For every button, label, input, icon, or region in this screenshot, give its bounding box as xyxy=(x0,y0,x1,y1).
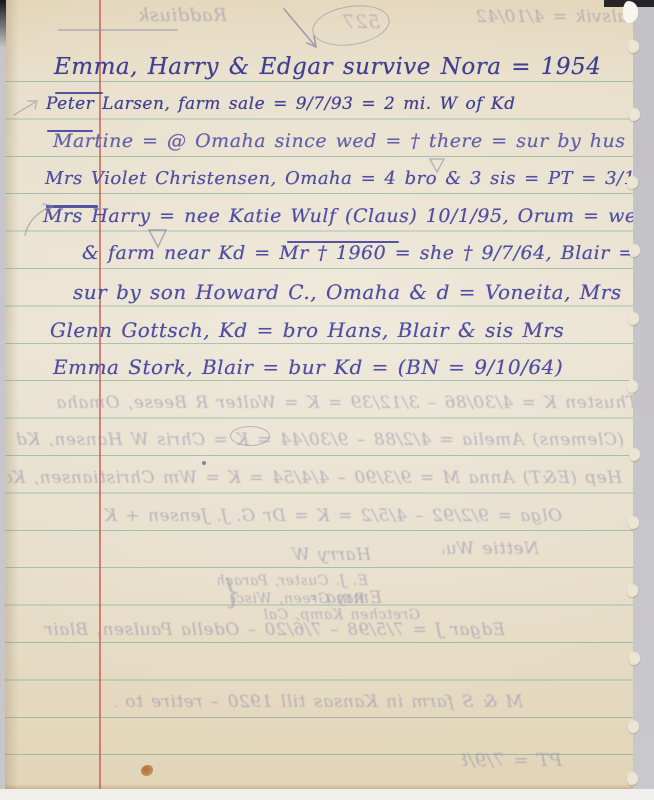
bleed-through-line: Ray Green, Wisconsin xyxy=(233,591,365,607)
scan-edge-shadow xyxy=(0,0,6,48)
torn-edge-nub xyxy=(629,448,640,461)
ink-underline xyxy=(47,130,93,132)
bleed-through-underline xyxy=(58,29,178,31)
bleed-through-line: Edgar J = 7/5/98 – 7/6/20 – Odella Pauls… xyxy=(25,620,505,640)
bleed-through-line: M & S farm in Kansas till 1920 – retire … xyxy=(115,692,523,712)
handwritten-line: sur by son Howard C., Omaha & d = Voneit… xyxy=(73,280,622,304)
ink-underline xyxy=(287,241,399,243)
torn-edge-nub xyxy=(628,40,639,53)
torn-edge-nub xyxy=(627,176,638,189)
ink-underline xyxy=(46,205,98,208)
ink-underline xyxy=(55,92,103,94)
handwritten-line: & farm near Kd = Mr † 1960 = she † 9/7/6… xyxy=(82,242,635,264)
torn-edge-nub xyxy=(629,652,640,665)
bleed-through-text: Raddiusk xyxy=(52,5,227,26)
ink-speck xyxy=(202,461,206,465)
torn-edge-nub xyxy=(629,108,640,121)
handwritten-line: Mrs Harry = nee Katie Wulf (Claus) 10/1/… xyxy=(43,205,649,227)
bleed-through-line: Harry W = xyxy=(283,545,371,565)
torn-edge-nub xyxy=(627,584,638,597)
bleed-through-line: (Clemens) Amelia = 4/2/88 – 9/30/44 = K … xyxy=(12,430,624,450)
bleed-through-line: PT = 7/9/83 xyxy=(462,750,562,771)
bleed-through-circled-number: 527 xyxy=(322,11,380,33)
bleed-through-line: Olga = 9/2/92 – 4/5/2 = K = Dr G. J. Jen… xyxy=(60,506,562,526)
scanner-background xyxy=(0,789,654,800)
handwritten-line: Emma, Harry & Edgar survive Nora = 1954 xyxy=(54,54,601,80)
scanned-notebook-page: { "ink": { "blue_ink_color": "#3c3c98", … xyxy=(0,0,654,800)
torn-edge-nub xyxy=(628,516,639,529)
handwritten-line: Glenn Gottsch, Kd = bro Hans, Blair & si… xyxy=(50,318,564,342)
handwritten-line: Peter Larsen, farm sale = 9/7/93 = 2 mi.… xyxy=(46,94,515,114)
handwritten-line: Mrs Violet Christensen, Omaha = 4 bro & … xyxy=(45,168,654,189)
bleed-through-line: Thusten K = 4/30/86 – 3/12/39 = K = Walt… xyxy=(20,393,638,413)
bleed-through-line: E. J. Custer, Parachute xyxy=(218,573,368,589)
torn-edge-nub xyxy=(628,720,639,733)
bleed-through-line: Nettie Wulf xyxy=(443,539,539,559)
torn-edge-nub xyxy=(627,380,638,393)
torn-edge-nub xyxy=(629,244,640,257)
bleed-through-text: Talsvik = 4/10/42 xyxy=(400,7,638,27)
handwritten-line: Martine = @ Omaha since wed = † there = … xyxy=(53,130,654,152)
handwritten-line: Emma Stork, Blair = bur Kd = (BN = 9/10/… xyxy=(53,355,563,379)
torn-edge-nub xyxy=(628,312,639,325)
torn-edge-nub xyxy=(627,772,638,785)
bleed-through-line: Hep (E&T) Anna M = 9/3/90 – 4/4/54 = K =… xyxy=(8,468,622,488)
